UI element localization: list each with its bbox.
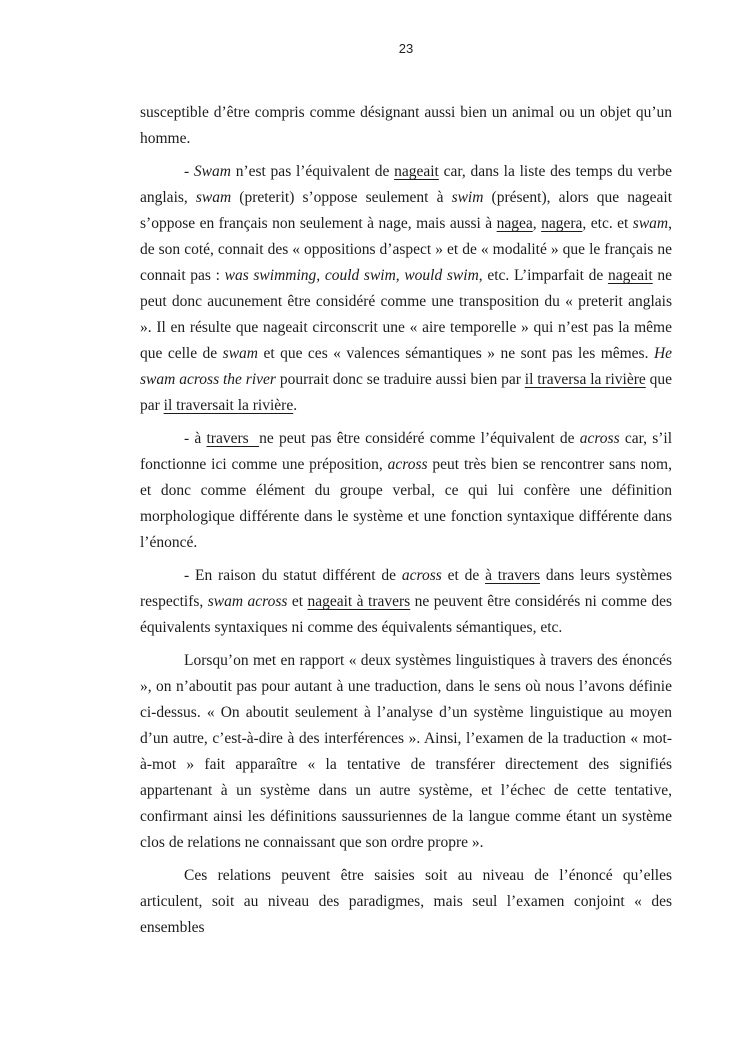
text-run: swam <box>633 215 668 232</box>
text-run: across <box>402 567 442 584</box>
paragraph: Lorsqu’on met en rapport « deux systèmes… <box>140 648 672 856</box>
paragraph: susceptible d’être compris comme désigna… <box>140 100 672 152</box>
text-run: , etc. L’imparfait de <box>479 267 608 284</box>
text-run: swam across <box>208 593 288 610</box>
text-run: nageait <box>394 163 439 180</box>
paragraph: - Swam n’est pas l’équivalent de nageait… <box>140 159 672 419</box>
text-run: (preterit) s’oppose seulement à <box>231 189 451 206</box>
text-run: et de <box>442 567 485 584</box>
text-run: Lorsqu’on met en rapport « deux systèmes… <box>140 652 672 851</box>
text-run: Swam <box>194 163 231 180</box>
document-body: susceptible d’être compris comme désigna… <box>140 100 672 941</box>
text-run: . <box>293 397 297 414</box>
text-run: , <box>533 215 541 232</box>
paragraph: Ces relations peuvent être saisies soit … <box>140 863 672 941</box>
text-run: ne peut pas être considéré comme l’équiv… <box>259 430 580 447</box>
text-run: swam <box>196 189 231 206</box>
text-run: il traversait la rivière <box>164 397 294 414</box>
text-run: n’est pas l’équivalent de <box>231 163 394 180</box>
text-run: il traversa la rivière <box>525 371 646 388</box>
paragraph: - En raison du statut différent de acros… <box>140 563 672 641</box>
text-run: swim <box>452 189 484 206</box>
text-run: nagea <box>497 215 533 232</box>
text-run: Ces relations peuvent être saisies soit … <box>140 867 672 936</box>
text-run: - <box>184 163 194 180</box>
text-run: et <box>287 593 307 610</box>
text-run: - à <box>184 430 206 447</box>
text-run: à travers <box>485 567 540 584</box>
text-run: travers <box>206 430 259 447</box>
text-run: nageait à travers <box>307 593 410 610</box>
text-run: swam <box>223 345 258 362</box>
paragraph: - à travers ne peut pas être considéré c… <box>140 426 672 556</box>
text-run: nageait <box>608 267 653 284</box>
text-run: across <box>580 430 620 447</box>
text-run: , etc. et <box>582 215 632 232</box>
document-page: 23 susceptible d’être compris comme dési… <box>0 0 744 1053</box>
text-run: pourrait donc se traduire aussi bien par <box>276 371 525 388</box>
page-number: 23 <box>140 41 672 56</box>
text-run: et que ces « valences sémantiques » ne s… <box>258 345 654 362</box>
text-run: susceptible d’être compris comme désigna… <box>140 104 672 147</box>
text-run: - En raison du statut différent de <box>184 567 402 584</box>
text-run: was swimming, could swim, would swim <box>225 267 479 284</box>
text-run: nagera <box>541 215 582 232</box>
text-run: across <box>388 456 428 473</box>
